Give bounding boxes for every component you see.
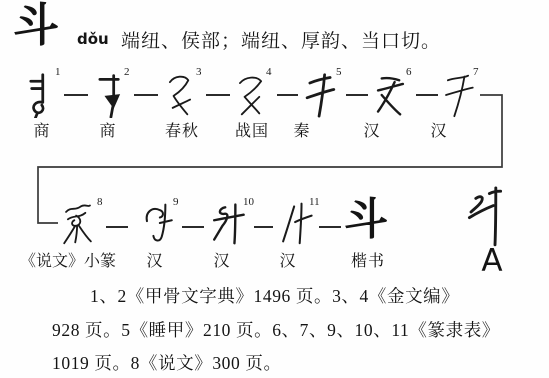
phonology-text: 端纽、侯部；端纽、厚韵、当口切。 (121, 26, 441, 53)
era-label: 汉 (363, 118, 380, 141)
era-label: 汉 (430, 118, 447, 141)
dash-connector (182, 226, 204, 228)
citation-line-1: 1、2《甲骨文字典》1496 页。3、4《金文编》 (90, 283, 459, 308)
era-label: 战国 (235, 118, 269, 141)
dash-connector (134, 94, 158, 96)
glyph-oracle-bone-1-icon (20, 72, 60, 118)
glyph-qin-icon (300, 72, 340, 118)
glyph-oracle-bone-2-icon (90, 72, 130, 118)
glyph-number-10: 10 (243, 196, 254, 208)
headword-character: 斗 (13, 3, 59, 49)
glyph-kaishu-character: 斗 (344, 198, 388, 242)
margin-label-a: A (481, 246, 502, 277)
glyph-number-11: 11 (309, 196, 320, 208)
dash-connector (319, 226, 341, 228)
glyph-number-3: 3 (196, 66, 202, 78)
glyph-spring-autumn-icon (160, 72, 200, 118)
era-label: 商 (33, 118, 50, 141)
glyph-han-9-icon (138, 200, 178, 246)
citation-line-2: 928 页。5《睡甲》210 页。6、7、9、10、11《篆隶表》 (52, 317, 500, 342)
era-label: 汉 (146, 248, 163, 271)
era-label: 汉 (279, 248, 296, 271)
pinyin: dǒu (77, 30, 109, 48)
era-label: 商 (99, 118, 116, 141)
margin-calligraphy-dou-icon (460, 184, 514, 248)
dash-connector (277, 94, 298, 96)
citation-line-3: 1019 页。8《说文》300 页。 (52, 350, 282, 375)
glyph-number-7: 7 (473, 66, 479, 78)
glyph-number-9: 9 (173, 196, 179, 208)
era-label: 春秋 (165, 118, 199, 141)
era-label: 《说文》小篆 (20, 248, 116, 271)
glyph-number-6: 6 (406, 66, 412, 78)
dash-connector (254, 226, 273, 228)
glyph-warring-states-icon (231, 72, 271, 118)
glyph-han-6-icon (370, 72, 410, 118)
era-label: 秦 (293, 118, 310, 141)
glyph-number-2: 2 (124, 66, 130, 78)
dash-connector (416, 94, 438, 96)
glyph-shuowen-seal-icon (58, 200, 98, 246)
glyph-number-1: 1 (55, 66, 61, 78)
dash-connector (346, 94, 368, 96)
dash-connector (64, 94, 88, 96)
glyph-number-5: 5 (336, 66, 342, 78)
glyph-han-7-icon (438, 72, 478, 118)
dictionary-page: 斗 dǒu 端纽、侯部；端纽、厚韵、当口切。 1 2 3 4 5 6 7 商 商… (0, 0, 549, 378)
glyph-han-10-icon (208, 200, 248, 246)
glyph-number-8: 8 (97, 196, 103, 208)
era-label: 楷书 (351, 248, 385, 271)
dash-connector (206, 94, 230, 96)
dash-connector (106, 226, 128, 228)
glyph-number-4: 4 (266, 66, 272, 78)
era-label: 汉 (213, 248, 230, 271)
